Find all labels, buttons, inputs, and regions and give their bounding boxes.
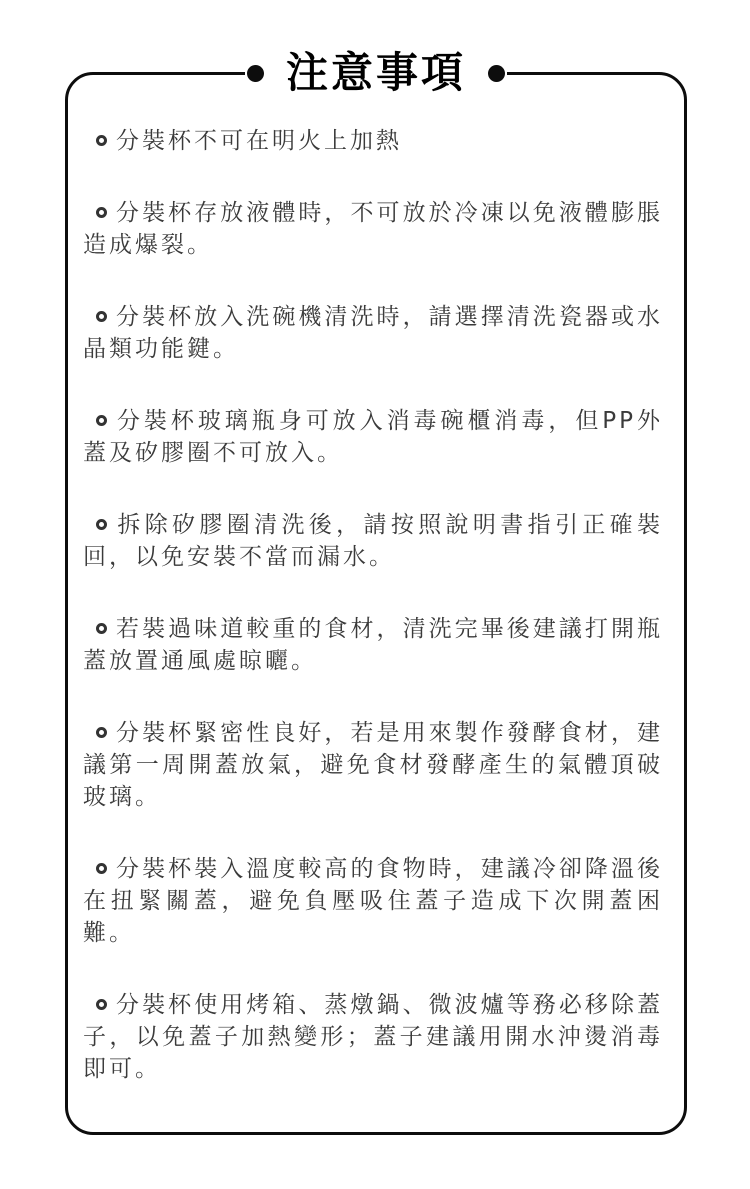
circle-bullet-icon [96,863,107,874]
circle-bullet-icon [96,623,107,634]
notice-item: 分裝杯玻璃瓶身可放入消毒碗櫃消毒，但PP外蓋及矽膠圈不可放入。 [83,405,663,469]
circle-bullet-icon [96,207,107,218]
notice-item-text: 分裝杯放入洗碗機清洗時，請選擇清洗瓷器或水晶類功能鍵。 [83,304,663,362]
circle-bullet-icon [96,727,107,738]
notice-item-text: 拆除矽膠圈清洗後，請按照說明書指引正確裝回，以免安裝不當而漏水。 [83,512,663,570]
notice-item: 分裝杯裝入溫度較高的食物時，建議冷卻降溫後在扭緊關蓋，避免負壓吸住蓋子造成下次開… [83,853,663,949]
notice-item-text: 分裝杯緊密性良好，若是用來製作發酵食材，建議第一周開蓋放氣，避免食材發酵產生的氣… [83,720,663,810]
notice-item: 分裝杯放入洗碗機清洗時，請選擇清洗瓷器或水晶類功能鍵。 [83,301,663,365]
notice-item: 分裝杯存放液體時，不可放於冷凍以免液體膨脹造成爆裂。 [83,197,663,261]
notice-item-text: 若裝過味道較重的食材，清洗完畢後建議打開瓶蓋放置通風處晾曬。 [83,616,663,674]
circle-bullet-icon [96,415,107,426]
notice-item-text: 分裝杯存放液體時，不可放於冷凍以免液體膨脹造成爆裂。 [83,200,663,258]
notice-item: 分裝杯不可在明火上加熱 [83,125,663,157]
notice-item-text: 分裝杯玻璃瓶身可放入消毒碗櫃消毒，但PP外蓋及矽膠圈不可放入。 [83,408,663,466]
notice-item: 分裝杯使用烤箱、蒸燉鍋、微波爐等務必移除蓋子，以免蓋子加熱變形；蓋子建議用開水沖… [83,989,663,1085]
notice-title-row: 注意事項 [65,42,687,104]
page-title: 注意事項 [286,47,466,99]
notice-item: 拆除矽膠圈清洗後，請按照說明書指引正確裝回，以免安裝不當而漏水。 [83,509,663,573]
notice-item-text: 分裝杯裝入溫度較高的食物時，建議冷卻降溫後在扭緊關蓋，避免負壓吸住蓋子造成下次開… [83,856,663,946]
notice-item-text: 分裝杯使用烤箱、蒸燉鍋、微波爐等務必移除蓋子，以免蓋子加熱變形；蓋子建議用開水沖… [83,992,663,1082]
circle-bullet-icon [96,135,107,146]
precautions-card: 注意事項 分裝杯不可在明火上加熱 分裝杯存放液體時，不可放於冷凍以免液體膨脹造成… [0,0,750,1189]
dot-icon [488,65,505,82]
notice-list: 分裝杯不可在明火上加熱 分裝杯存放液體時，不可放於冷凍以免液體膨脹造成爆裂。 分… [83,125,663,1125]
circle-bullet-icon [96,999,107,1010]
notice-item: 若裝過味道較重的食材，清洗完畢後建議打開瓶蓋放置通風處晾曬。 [83,613,663,677]
notice-item: 分裝杯緊密性良好，若是用來製作發酵食材，建議第一周開蓋放氣，避免食材發酵產生的氣… [83,717,663,813]
circle-bullet-icon [96,519,107,530]
dot-icon [247,65,264,82]
circle-bullet-icon [96,311,107,322]
notice-item-text: 分裝杯不可在明火上加熱 [116,128,402,154]
notice-title-group: 注意事項 [245,47,507,99]
